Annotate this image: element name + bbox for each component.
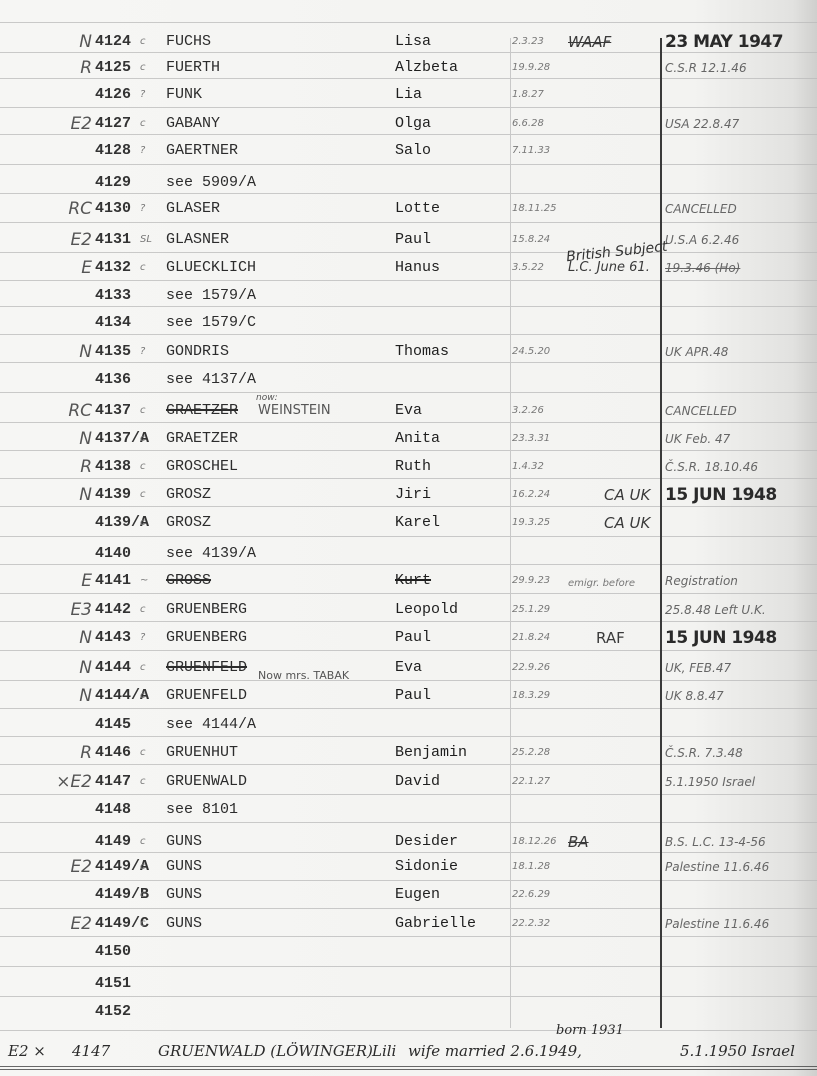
surname: see 4144/A [166, 716, 256, 734]
relation-mark: SL [140, 231, 152, 249]
register-row: 4152 [0, 1003, 817, 1027]
remark: Palestine 11.6.46 [665, 915, 769, 933]
surname: GRAETZER [166, 402, 238, 420]
footer-number: 4147 [72, 1042, 110, 1060]
remark: 15 JUN 1948 [665, 486, 777, 504]
surname: GRAETZER [166, 430, 238, 448]
status-mark: RC [28, 402, 92, 420]
entry-note: emigr. before [568, 575, 635, 593]
surname: GUNS [166, 833, 202, 851]
date-of-birth: 7.11.33 [512, 142, 550, 160]
date-of-birth: 18.11.25 [512, 200, 557, 218]
entry-number: 4126 [95, 86, 131, 104]
surname: GROSS [166, 572, 211, 590]
surname: GROSZ [166, 486, 211, 504]
entry-number: 4147 [95, 773, 131, 791]
date-of-birth: 6.6.28 [512, 115, 544, 133]
date-of-birth: 29.9.23 [512, 572, 550, 590]
given-name: Gabrielle [395, 915, 476, 933]
register-row: E34142cGRUENBERGLeopold25.1.2925.8.48 Le… [0, 601, 817, 625]
remark: 19.3.46 (Ho) [665, 259, 740, 277]
entry-number: 4151 [95, 975, 131, 993]
surname: GROSCHEL [166, 458, 238, 476]
date-of-birth: 3.5.22 [512, 259, 544, 277]
date-of-birth: 19.3.25 [512, 514, 550, 532]
surname: FUNK [166, 86, 202, 104]
register-row: N4144/AcGRUENFELDPaul18.3.29UK 8.8.47 [0, 687, 817, 711]
register-row: N4144cGRUENFELDNow mrs. TABAKEva22.9.26U… [0, 659, 817, 683]
entry-number: 4137 [95, 402, 131, 420]
status-mark: N [28, 659, 92, 677]
status-mark: E2 [28, 231, 92, 249]
entry-number: 4149 [95, 833, 131, 851]
register-row: R4138cGROSCHELRuth1.4.32Č.S.R. 18.10.46 [0, 458, 817, 482]
given-name: Salo [395, 142, 431, 160]
register-row: E24131SLGLASNERPaul15.8.24U.S.A 6.2.46 [0, 231, 817, 255]
relation-mark: ~ [140, 572, 148, 590]
status-mark: N [28, 486, 92, 504]
register-row: RC4137cGRAETZERWEINSTEINEva3.2.26CANCELL… [0, 402, 817, 426]
surname: see 5909/A [166, 174, 256, 192]
entry-number: 4145 [95, 716, 131, 734]
date-of-birth: 2.3.23 [512, 33, 544, 51]
surname: see 8101 [166, 801, 238, 819]
relation-mark: ? [140, 200, 145, 218]
remark: 25.8.48 Left U.K. [665, 601, 766, 619]
given-name: Anita [395, 430, 440, 448]
surname: GRUENFELD [166, 659, 247, 677]
given-name: Hanus [395, 259, 440, 277]
entry-note: WAAF [568, 33, 611, 51]
entry-number: 4141 [95, 572, 131, 590]
footer-remark: 5.1.1950 Israel [680, 1042, 795, 1060]
surname: see 1579/A [166, 287, 256, 305]
entry-number: 4125 [95, 59, 131, 77]
surname: GRUENFELD [166, 687, 247, 705]
entry-note: BA [568, 833, 589, 851]
footer-name: GRUENWALD (LÖWINGER) [158, 1042, 373, 1060]
relation-mark: ? [140, 343, 145, 361]
given-name: Eva [395, 659, 422, 677]
surname: GONDRIS [166, 343, 229, 361]
remark: USA 22.8.47 [665, 115, 739, 133]
relation-mark: c [140, 858, 146, 876]
surname: GUNS [166, 858, 202, 876]
register-row: R4125cFUERTHAlzbeta19.9.28C.S.R 12.1.46 [0, 59, 817, 83]
date-of-birth: 18.1.28 [512, 858, 550, 876]
relation-mark: c [140, 886, 146, 904]
register-row: 4129see 5909/A [0, 174, 817, 198]
surname: GABANY [166, 115, 220, 133]
remark: 15 JUN 1948 [665, 629, 777, 647]
given-name: David [395, 773, 440, 791]
entry-number: 4143 [95, 629, 131, 647]
relation-mark: ? [140, 86, 145, 104]
surname: GLASER [166, 200, 220, 218]
entry-number: 4144 [95, 659, 131, 677]
ledger-page: N4124cFUCHSLisa2.3.23WAAF23 MAY 1947R412… [0, 0, 817, 1076]
given-name: Thomas [395, 343, 449, 361]
register-row: E4132cGLUECKLICHHanus3.5.22L.C. June 61.… [0, 259, 817, 283]
register-row: 4148see 8101 [0, 801, 817, 825]
surname: GRUENBERG [166, 601, 247, 619]
register-row: 4149/BcGUNSEugen22.6.29 [0, 886, 817, 910]
surname: GROSZ [166, 514, 211, 532]
surname: GLUECKLICH [166, 259, 256, 277]
entry-number: 4135 [95, 343, 131, 361]
register-row: 4133see 1579/A [0, 287, 817, 311]
status-mark: R [28, 59, 92, 77]
surname: GRUENWALD [166, 773, 247, 791]
entry-number: 4134 [95, 314, 131, 332]
date-of-birth: 22.1.27 [512, 773, 550, 791]
date-of-birth: 25.1.29 [512, 601, 550, 619]
entry-number: 4146 [95, 744, 131, 762]
status-mark: E [28, 572, 92, 590]
relation-mark: c [140, 773, 146, 791]
status-mark: E2 [28, 915, 92, 933]
status-mark: N [28, 430, 92, 448]
status-mark: R [28, 744, 92, 762]
given-name: Desider [395, 833, 458, 851]
surname-note: Now mrs. TABAK [258, 667, 349, 685]
entry-number: 4139 [95, 486, 131, 504]
register-row: 4136see 4137/A [0, 371, 817, 395]
register-row: 4134see 1579/C [0, 314, 817, 338]
date-of-birth: 22.2.32 [512, 915, 550, 933]
relation-mark: c [140, 659, 146, 677]
date-of-birth: 22.6.29 [512, 886, 550, 904]
date-of-birth: 22.9.26 [512, 659, 550, 677]
footer-double-rule-2 [0, 1069, 817, 1070]
date-of-birth: 19.9.28 [512, 59, 550, 77]
register-row: 4151 [0, 975, 817, 999]
ruled-line [0, 1030, 817, 1031]
relation-mark: c [140, 744, 146, 762]
relation-mark: c [140, 430, 146, 448]
status-mark: N [28, 343, 92, 361]
remark: Č.S.R. 7.3.48 [665, 744, 743, 762]
relation-mark: c [140, 514, 146, 532]
remark: Palestine 11.6.46 [665, 858, 769, 876]
given-name: Jiri [395, 486, 431, 504]
remark: UK 8.8.47 [665, 687, 724, 705]
status-mark: E [28, 259, 92, 277]
entry-number: 4142 [95, 601, 131, 619]
relation-mark: c [140, 59, 146, 77]
entry-note: CA UK [604, 514, 650, 532]
entry-note: RAF [596, 629, 625, 647]
given-name: Lotte [395, 200, 440, 218]
status-mark: E2 [28, 115, 92, 133]
relation-mark: c [140, 458, 146, 476]
remark: CANCELLED [665, 402, 737, 420]
given-name: Benjamin [395, 744, 467, 762]
status-mark: N [28, 629, 92, 647]
status-mark: N [28, 687, 92, 705]
remark: U.S.A 6.2.46 [665, 231, 739, 249]
register-row: RC4130?GLASERLotte18.11.25CANCELLED [0, 200, 817, 224]
register-row: R4146cGRUENHUTBenjamin25.2.28Č.S.R. 7.3.… [0, 744, 817, 768]
relation-mark: c [140, 915, 146, 933]
surname: GRUENHUT [166, 744, 238, 762]
now-label: now: [256, 393, 278, 403]
entry-number: 4133 [95, 287, 131, 305]
remark: UK APR.48 [665, 343, 728, 361]
entry-number: 4150 [95, 943, 131, 961]
given-name: Kurt [395, 572, 431, 590]
surname: see 1579/C [166, 314, 256, 332]
remark: CANCELLED [665, 200, 737, 218]
register-row: N4139cGROSZJiri16.2.24CA UK15 JUN 1948 [0, 486, 817, 510]
entry-number: 4128 [95, 142, 131, 160]
given-name: Lisa [395, 33, 431, 51]
relation-mark: c [140, 833, 146, 851]
remark: 23 MAY 1947 [665, 33, 783, 51]
remark: UK Feb. 47 [665, 430, 730, 448]
date-of-birth: 21.8.24 [512, 629, 550, 647]
remark: Registration [665, 572, 738, 590]
remark: C.S.R 12.1.46 [665, 59, 747, 77]
footer-mark: E2 × [8, 1042, 46, 1060]
status-mark: N [28, 33, 92, 51]
entry-number: 4131 [95, 231, 131, 249]
register-row: 4145see 4144/A [0, 716, 817, 740]
register-row: 4149cGUNSDesider18.12.26BAB.S. L.C. 13-4… [0, 833, 817, 857]
date-of-birth: 16.2.24 [512, 486, 550, 504]
given-name: Ruth [395, 458, 431, 476]
surname: FUCHS [166, 33, 211, 51]
register-row: 4126?FUNKLia1.8.27 [0, 86, 817, 110]
date-of-birth: 15.8.24 [512, 231, 550, 249]
footer-double-rule [0, 1066, 817, 1067]
given-name: Paul [395, 629, 431, 647]
given-name: Paul [395, 231, 431, 249]
relation-mark: c [140, 402, 146, 420]
surname: GAERTNER [166, 142, 238, 160]
date-of-birth: 1.8.27 [512, 86, 544, 104]
surname: GUNS [166, 915, 202, 933]
register-row: N4124cFUCHSLisa2.3.23WAAF23 MAY 1947 [0, 33, 817, 57]
register-row: 4128?GAERTNERSalo7.11.33 [0, 142, 817, 166]
surname-note: WEINSTEIN [258, 402, 331, 420]
register-row: E4141~GROSSKurt29.9.23emigr. beforeRegis… [0, 572, 817, 596]
register-row: 4140see 4139/A [0, 545, 817, 569]
status-mark: R [28, 458, 92, 476]
entry-number: 4152 [95, 1003, 131, 1021]
relation-mark: ? [140, 629, 145, 647]
footer-note: wife married 2.6.1949, [408, 1042, 582, 1060]
date-of-birth: 23.3.31 [512, 430, 550, 448]
footer-given: Lili [372, 1042, 396, 1060]
surname: GUNS [166, 886, 202, 904]
relation-mark: c [140, 687, 146, 705]
status-mark: E2 [28, 858, 92, 876]
register-row: N4143?GRUENBERGPaul21.8.24RAF15 JUN 1948 [0, 629, 817, 653]
surname: GLASNER [166, 231, 229, 249]
given-name: Lia [395, 86, 422, 104]
footer-entry: E2 × 4147 GRUENWALD (LÖWINGER) Lili wife… [0, 1034, 817, 1070]
remark: 5.1.1950 Israel [665, 773, 755, 791]
entry-number: 4140 [95, 545, 131, 563]
relation-mark: c [140, 33, 146, 51]
remark: B.S. L.C. 13-4-56 [665, 833, 766, 851]
register-row: N4137/AcGRAETZERAnita23.3.31UK Feb. 47 [0, 430, 817, 454]
entry-number: 4129 [95, 174, 131, 192]
given-name: Leopold [395, 601, 458, 619]
given-name: Olga [395, 115, 431, 133]
surname: GRUENBERG [166, 629, 247, 647]
register-row: N4135?GONDRISThomas24.5.20UK APR.48 [0, 343, 817, 367]
surname: see 4139/A [166, 545, 256, 563]
entry-number: 4124 [95, 33, 131, 51]
date-of-birth: 3.2.26 [512, 402, 544, 420]
register-row: E24149/CcGUNSGabrielle22.2.32Palestine 1… [0, 915, 817, 939]
given-name: Eva [395, 402, 422, 420]
given-name: Paul [395, 687, 431, 705]
date-of-birth: 1.4.32 [512, 458, 544, 476]
register-row: 4139/AcGROSZKarel19.3.25CA UK [0, 514, 817, 538]
given-name: Alzbeta [395, 59, 458, 77]
remark: UK, FEB.47 [665, 659, 731, 677]
relation-mark: c [140, 259, 146, 277]
entry-number: 4138 [95, 458, 131, 476]
date-of-birth: 24.5.20 [512, 343, 550, 361]
entry-note: CA UK [604, 486, 650, 504]
register-row: 4150 [0, 943, 817, 967]
given-name: Eugen [395, 886, 440, 904]
entry-number: 4127 [95, 115, 131, 133]
status-mark: E3 [28, 601, 92, 619]
relation-mark: c [140, 486, 146, 504]
footer-born: born 1931 [556, 1022, 624, 1040]
register-row: E24149/AcGUNSSidonie18.1.28Palestine 11.… [0, 858, 817, 882]
relation-mark: ? [140, 142, 145, 160]
register-row: ×E24147cGRUENWALDDavid22.1.275.1.1950 Is… [0, 773, 817, 797]
relation-mark: c [140, 115, 146, 133]
date-of-birth: 18.12.26 [512, 833, 557, 851]
given-name: Sidonie [395, 858, 458, 876]
entry-number: 4136 [95, 371, 131, 389]
date-of-birth: 18.3.29 [512, 687, 550, 705]
status-mark: RC [28, 200, 92, 218]
surname: see 4137/A [166, 371, 256, 389]
given-name: Karel [395, 514, 440, 532]
entry-number: 4148 [95, 801, 131, 819]
surname: FUERTH [166, 59, 220, 77]
status-mark: ×E2 [28, 773, 92, 791]
ruled-line [0, 22, 817, 23]
entry-number: 4132 [95, 259, 131, 277]
entry-number: 4130 [95, 200, 131, 218]
relation-mark: c [140, 601, 146, 619]
date-of-birth: 25.2.28 [512, 744, 550, 762]
remark: Č.S.R. 18.10.46 [665, 458, 758, 476]
register-row: E24127cGABANYOlga6.6.28USA 22.8.47 [0, 115, 817, 139]
